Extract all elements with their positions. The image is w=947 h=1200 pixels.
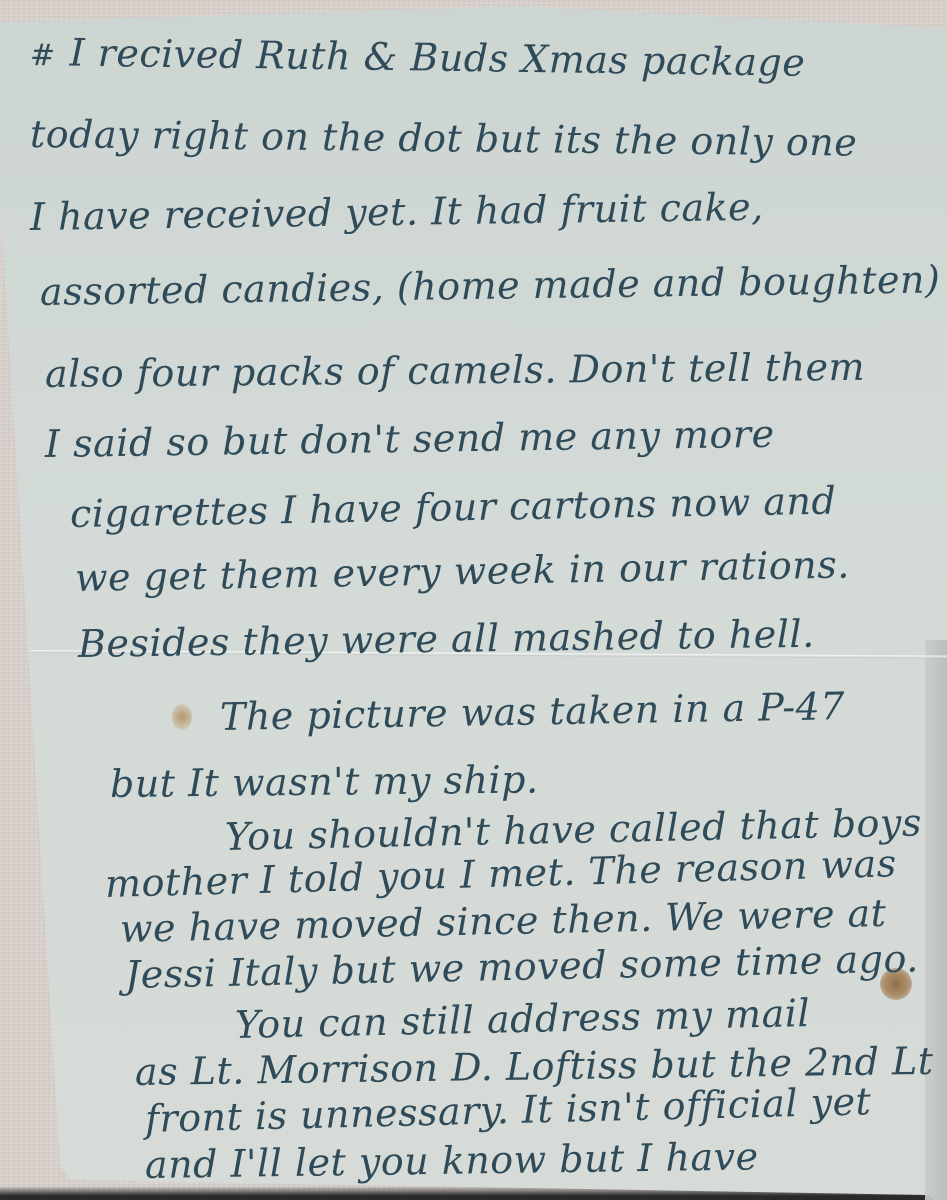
letter-line: today right on the dot but its the only … bbox=[30, 112, 858, 165]
letter-line: The picture was taken in a P-47 bbox=[220, 684, 846, 739]
margin-hash-mark: # bbox=[30, 38, 56, 73]
letter-line: #I recived Ruth & Buds Xmas package bbox=[30, 30, 806, 85]
letter-line: we get them every week in our rations. bbox=[75, 542, 850, 600]
letter-line: I have received yet. It had fruit cake, bbox=[30, 185, 764, 239]
letter-line: and I'll let you know but I have bbox=[145, 1134, 759, 1187]
letter-body: #I recived Ruth & Buds Xmas package toda… bbox=[0, 0, 947, 1200]
letter-line: Besides they were all mashed to hell. bbox=[78, 612, 815, 666]
letter-line: but It wasn't my ship. bbox=[110, 758, 539, 806]
letter-line: You can still address my mail bbox=[235, 991, 811, 1047]
letter-line: also four packs of camels. Don't tell th… bbox=[45, 345, 865, 396]
letter-line: cigarettes I have four cartons now and bbox=[70, 479, 837, 536]
letter-line: assorted candies, (home made and boughte… bbox=[40, 257, 941, 314]
letter-line: I said so but don't send me any more bbox=[45, 412, 775, 466]
